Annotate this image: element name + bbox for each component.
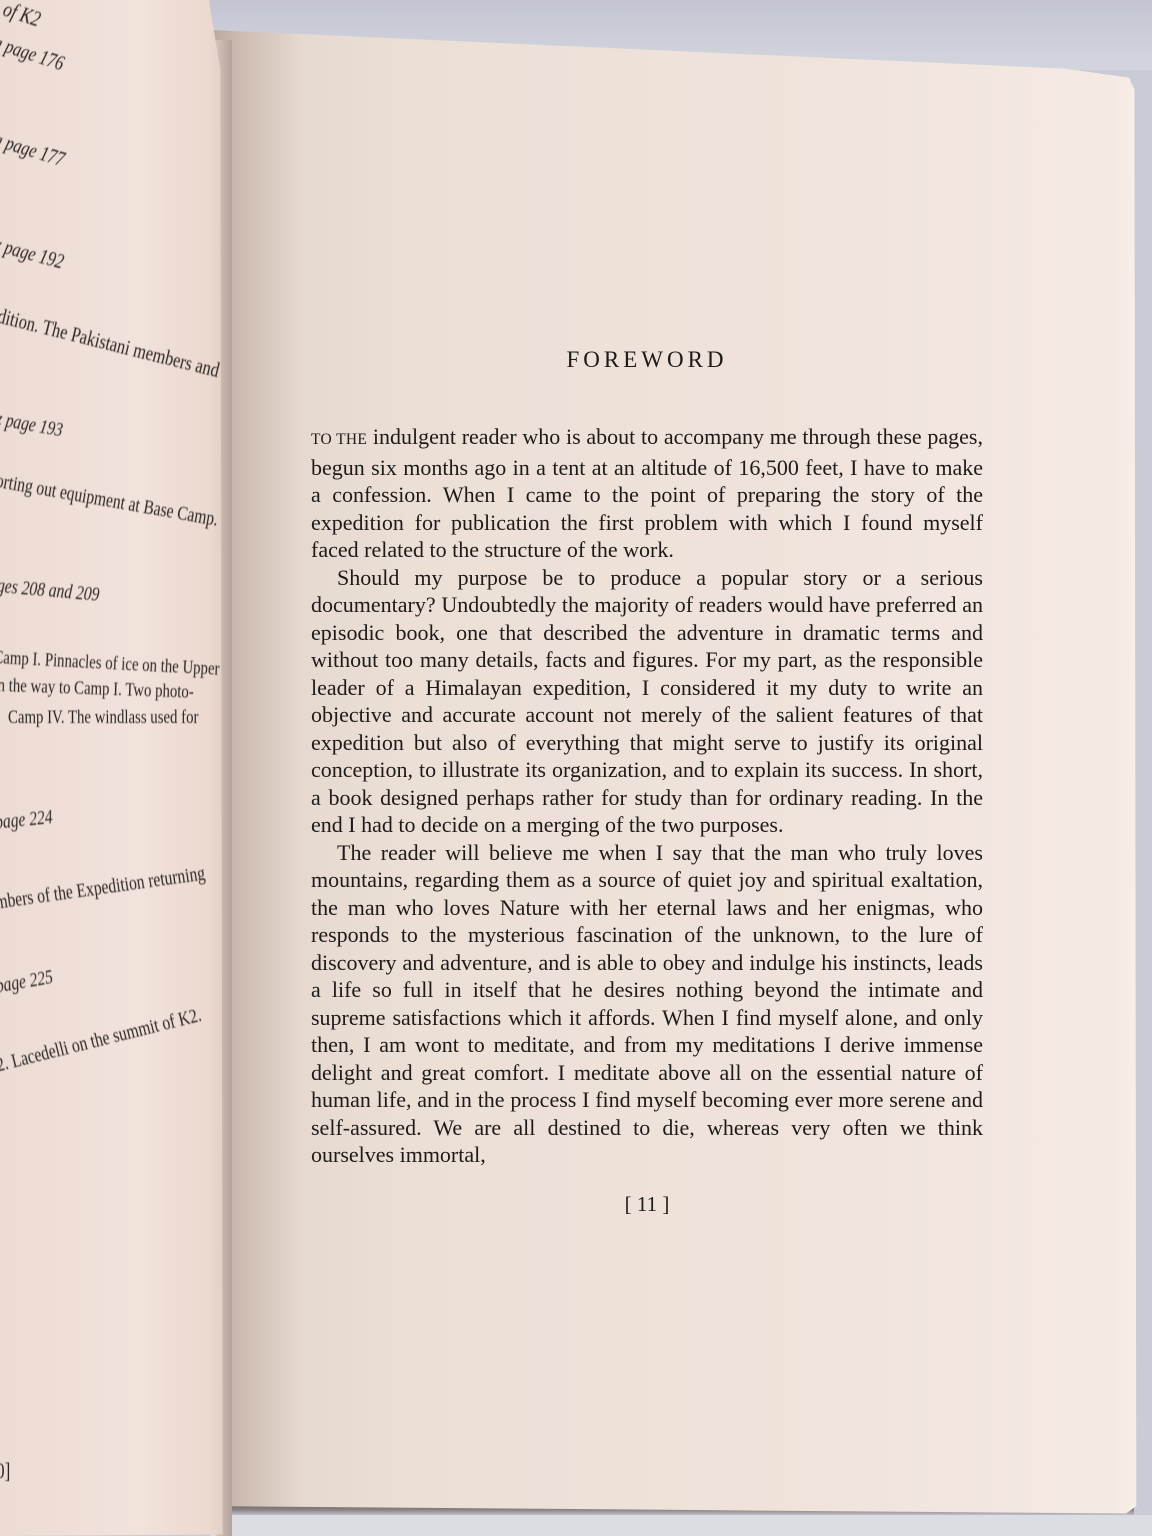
paragraph-2: Should my purpose be to produce a popula… [311,564,983,839]
left-page-caption-line: n the way to Camp I. Two photo- [0,675,194,704]
page-title: FOREWORD [311,347,983,373]
left-page-caption-line: of K2 [0,0,44,32]
left-page-caption-line: r page 192 [0,232,67,275]
paragraph-1-text: indulgent reader who is about to accompa… [311,424,983,562]
left-page-caption-line: g page 177 [0,127,68,172]
left-page-caption-line: 0] [0,1458,10,1484]
left-page-caption-line: mbers of the Expedition returning [0,863,207,915]
paragraph-1: TO THE indulgent reader who is about to … [311,423,983,564]
left-page-caption-line: orting out equipment at Base Camp. [0,470,220,532]
left-page-caption-line: z page 193 [0,408,65,442]
foreword-page: FOREWORD TO THE indulgent reader who is … [311,347,983,1217]
left-page-caption-line: ges 208 and 209 [0,575,100,607]
page-number: [ 11 ] [311,1192,983,1217]
left-page-caption-line: g page 176 [0,30,67,76]
paragraph-3: The reader will believe me when I say th… [311,839,983,1169]
background-surface-bottom [210,1515,1152,1536]
left-page-caption-line: page 224 [0,806,54,835]
left-page-caption-line: Camp IV. The windlass used for [8,707,198,729]
left-page-caption-line: page 225 [0,966,55,999]
left-page-caption-line: edition. The Pakistani members and [0,302,222,383]
opening-smallcaps: TO THE [311,431,367,448]
left-page: of K2g page 176g page 177r page 192editi… [0,0,232,1536]
left-page-caption-line: 2. Lacedelli on the summit of K2. [0,1004,204,1077]
